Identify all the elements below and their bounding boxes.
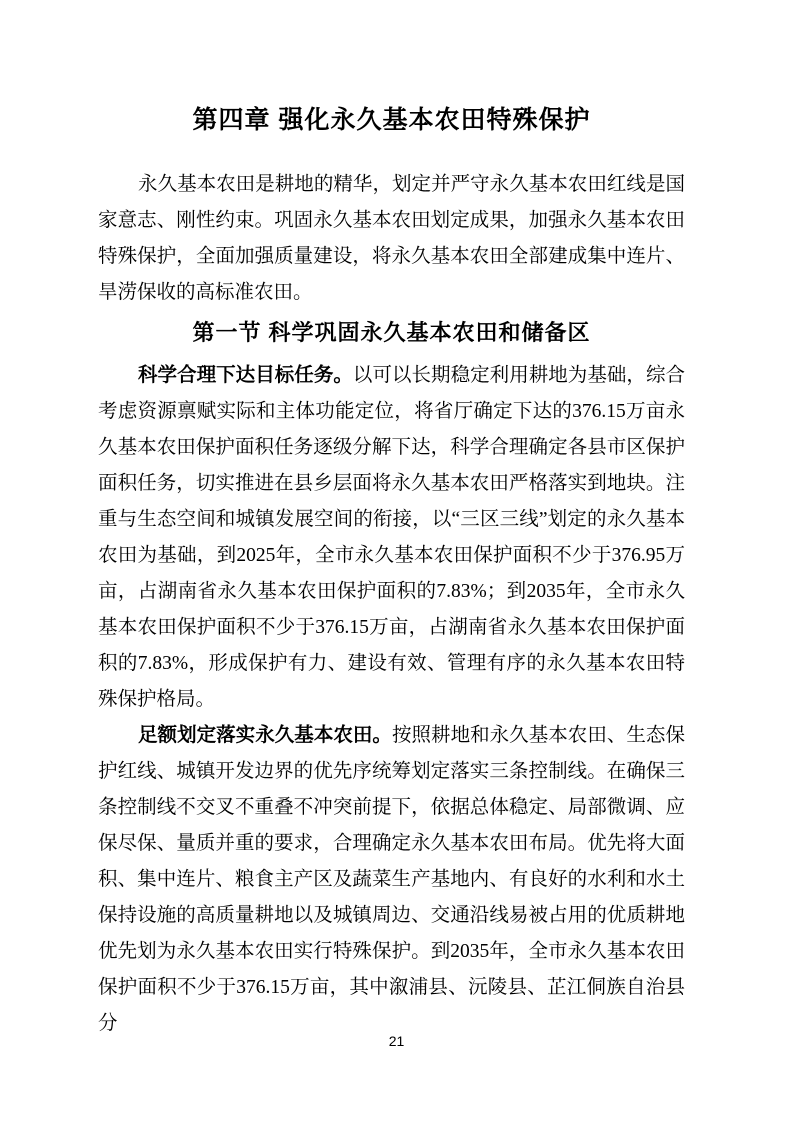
- intro-paragraph: 永久基本农田是耕地的精华，划定并严守永久基本农田红线是国家意志、刚性约束。巩固永…: [98, 167, 685, 311]
- page-number: 21: [0, 1031, 793, 1051]
- document-page: 第四章 强化永久基本农田特殊保护 永久基本农田是耕地的精华，划定并严守永久基本农…: [0, 0, 793, 1122]
- text-block: 第四章 强化永久基本农田特殊保护 永久基本农田是耕地的精华，划定并严守永久基本农…: [98, 0, 685, 1042]
- paragraph-1-text: 以可以长期稳定利用耕地为基础，综合考虑资源禀赋实际和主体功能定位，将省厅确定下达…: [98, 365, 685, 710]
- body-paragraph-2: 足额划定落实永久基本农田。按照耕地和永久基本农田、生态保护红线、城镇开发边界的优…: [98, 718, 685, 1042]
- section-title: 第一节 科学巩固永久基本农田和储备区: [98, 315, 685, 351]
- paragraph-1-lead-bold: 科学合理下达目标任务。: [138, 365, 353, 386]
- chapter-title: 第四章 强化永久基本农田特殊保护: [98, 102, 685, 138]
- paragraph-2-text: 按照耕地和永久基本农田、生态保护红线、城镇开发边界的优先序统筹划定落实三条控制线…: [98, 725, 685, 1034]
- body-paragraph-1: 科学合理下达目标任务。以可以长期稳定利用耕地为基础，综合考虑资源禀赋实际和主体功…: [98, 358, 685, 718]
- paragraph-2-lead-bold: 足额划定落实永久基本农田。: [138, 725, 392, 746]
